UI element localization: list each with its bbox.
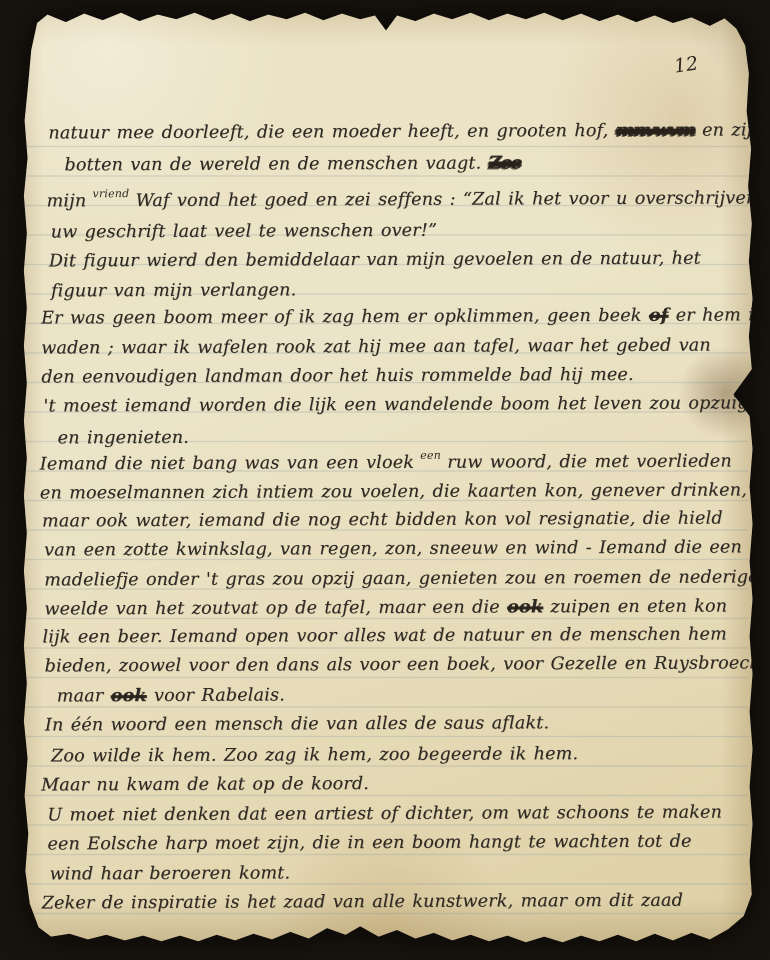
manuscript-line: Zeker de inspiratie is het zaad van alle… <box>42 886 736 919</box>
manuscript-line: Dit figuur wierd den bemiddelaar van mij… <box>49 244 733 276</box>
manuscript-line: van een zotte kwinkslag, van regen, zon,… <box>44 533 734 566</box>
manuscript-line: U moet niet denken dat een artiest of di… <box>47 798 735 831</box>
line-segment: lijk een beer. Iemand open voor alles wa… <box>42 624 726 647</box>
manuscript-line: lijk een beer. Iemand open voor alles wa… <box>42 620 734 653</box>
line-segment: wind haar beroeren komt. <box>50 863 291 884</box>
line-segment: Zoo wilde ik hem. Zoo zag ik hem, zoo be… <box>51 744 578 766</box>
line-segment: er hem in door- <box>668 305 770 326</box>
manuscript-paper-wrap: 12 natuur mee doorleeft, die een moeder … <box>18 8 754 946</box>
line-segment: Zeker de inspiratie is het zaad van alle… <box>42 891 683 914</box>
line-segment: In één woord een mensch die van alles de… <box>45 713 549 735</box>
line-segment: en zijn <box>695 120 764 140</box>
line-segment: Dit figuur wierd den bemiddelaar van mij… <box>49 249 701 272</box>
manuscript-line: maar ook water, iemand die nog echt bidd… <box>42 504 734 537</box>
scratched-out-word: mnvwvm <box>616 121 695 141</box>
line-segment: maar ook water, iemand die nog echt bidd… <box>42 508 723 531</box>
struck-word: of <box>649 306 669 326</box>
line-segment: Maar nu kwam de kat op de koord. <box>41 774 369 795</box>
line-segment: en moeselmannen zich intiem zou voelen, … <box>40 480 747 503</box>
line-segment: weelde van het zoutvat op de tafel, maar… <box>44 597 507 619</box>
line-segment: voor Rabelais. <box>147 685 285 706</box>
manuscript-line: In één woord een mensch die van alles de… <box>45 708 735 741</box>
manuscript-line: natuur mee doorleeft, die een moeder hee… <box>48 116 732 148</box>
scratched-out-word: Zee <box>489 153 521 173</box>
line-segment: natuur mee doorleeft, die een moeder hee… <box>48 121 615 143</box>
line-segment: madeliefje onder 't gras zou opzij gaan,… <box>44 567 759 590</box>
line-segment: mijn <box>47 191 94 211</box>
inserted-word: vriend <box>93 187 130 200</box>
line-segment: den eenvoudigen landman door het huis ro… <box>41 365 633 388</box>
manuscript-line: bieden, zoowel voor den dans als voor ee… <box>45 649 735 682</box>
line-segment: bieden, zoowel voor den dans als voor ee… <box>45 653 761 676</box>
manuscript-line: mijn vriend Waf vond het goed en zei sef… <box>47 184 733 216</box>
line-segment: botten van de wereld en de menschen vaag… <box>64 153 488 175</box>
manuscript-line: wind haar beroeren komt. <box>49 857 735 889</box>
line-segment: U moet niet denken dat een artiest of di… <box>47 802 722 825</box>
manuscript-line: 't moest iemand worden die lijk een wand… <box>43 389 733 422</box>
line-segment: uw geschrift laat veel te wenschen over!… <box>51 220 437 242</box>
line-segment: figuur van mijn verlangen. <box>51 280 296 301</box>
manuscript-line: botten van de wereld en de menschen vaag… <box>64 148 732 180</box>
manuscript-text: natuur mee doorleeft, die een moeder hee… <box>38 116 735 919</box>
line-segment: waden ; waar ik wafelen rook zat hij mee… <box>41 335 711 358</box>
manuscript-line: Zoo wilde ik hem. Zoo zag ik hem, zoo be… <box>51 739 735 771</box>
manuscript-line: maar ook voor Rabelais. <box>57 679 735 711</box>
line-segment: Iemand die niet bang was van een vloek <box>40 452 422 474</box>
line-segment: van een zotte kwinkslag, van regen, zon,… <box>44 537 742 560</box>
manuscript-line: den eenvoudigen landman door het huis ro… <box>41 360 733 393</box>
line-segment: Er was geen boom meer of ik zag hem er o… <box>41 306 649 329</box>
page-number: 12 <box>672 52 699 77</box>
inserted-word: een <box>420 448 441 461</box>
manuscript-line: een Eolsche harp moet zijn, die in een b… <box>47 827 735 860</box>
struck-word: ook <box>111 686 147 706</box>
line-segment: Waf vond het goed en zei seffens : “Zal … <box>128 188 770 211</box>
manuscript-line: uw geschrift laat veel te wenschen over!… <box>51 215 733 247</box>
line-segment: een Eolsche harp moet zijn, die in een b… <box>47 832 691 855</box>
manuscript-line: waden ; waar ik wafelen rook zat hij mee… <box>41 331 733 364</box>
manuscript-line: Er was geen boom meer of ik zag hem er o… <box>41 301 733 334</box>
line-segment: en ingenieten. <box>58 428 189 449</box>
page-background: 12 natuur mee doorleeft, die een moeder … <box>0 0 770 960</box>
line-segment: maar <box>57 686 111 706</box>
line-segment: zuipen en eten kon <box>543 597 727 618</box>
manuscript-line: Iemand die niet bang was van een vloek e… <box>40 447 734 480</box>
manuscript-line: madeliefje onder 't gras zou opzij gaan,… <box>44 563 734 596</box>
manuscript-line: Maar nu kwam de kat op de koord. <box>41 768 735 801</box>
manuscript-paper: 12 natuur mee doorleeft, die een moeder … <box>18 8 754 946</box>
line-segment: 't moest iemand worden die lijk een wand… <box>43 393 770 416</box>
line-segment: ruw woord, die met voerlieden <box>440 451 732 472</box>
struck-word: ook <box>507 597 543 617</box>
